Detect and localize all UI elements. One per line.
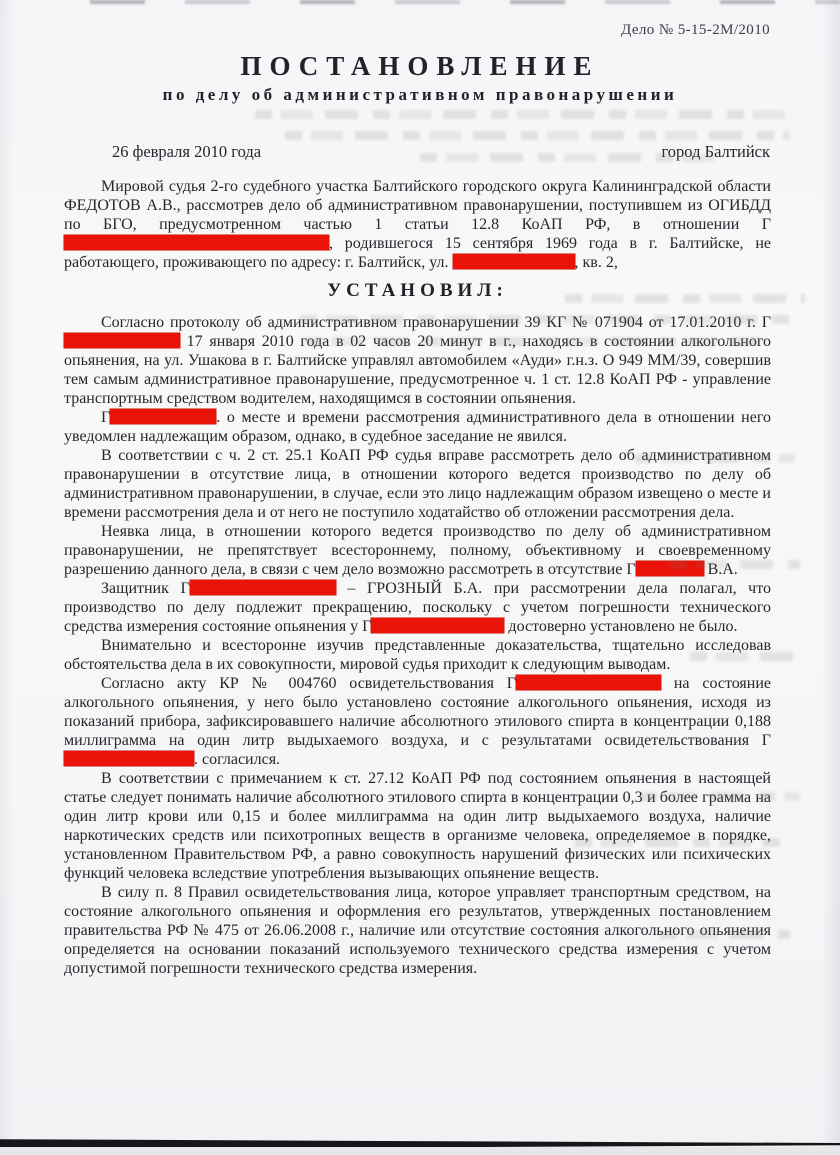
redaction-box — [453, 254, 575, 269]
redaction-box — [64, 235, 329, 250]
bleedthrough-artifact — [640, 792, 800, 801]
bleedthrough-artifact — [635, 454, 795, 463]
bleedthrough-artifact — [565, 294, 805, 303]
paragraph-judge-intro: Мировой судья 2-го судебного участка Бал… — [64, 177, 771, 272]
bleedthrough-artifact — [300, 315, 795, 324]
scan-top-edge-artifact — [90, 0, 840, 4]
redaction-box — [516, 675, 661, 690]
paragraph-conclusions-intro: Внимательно и всесторонне изучив предста… — [64, 636, 771, 674]
paragraph-defender: Защитник Г – ГРОЗНЫЙ Б.А. при рассмотрен… — [64, 579, 771, 636]
paragraph-absence: Неявка лица, в отношении которого ведетс… — [64, 522, 771, 579]
bleedthrough-artifact — [285, 131, 790, 140]
bleedthrough-artifact — [255, 110, 790, 119]
paragraph-art-27-12-note: В соответствии с примечанием к ст. 27.12… — [64, 769, 771, 883]
bleedthrough-artifact — [575, 838, 780, 847]
scanned-document-page: Дело № 5-15-2М/2010 ПОСТАНОВЛЕНИЕ по дел… — [0, 0, 840, 1155]
paragraph-notification: Г. о месте и времени рассмотрения админи… — [64, 408, 771, 446]
bleedthrough-artifact — [420, 153, 715, 162]
redaction-box — [64, 751, 194, 766]
case-number: Дело № 5-15-2М/2010 — [0, 0, 840, 39]
paragraph-protocol: Согласно протоколу об административном п… — [64, 313, 771, 408]
bleedthrough-artifact — [305, 337, 760, 346]
bleedthrough-artifact — [660, 930, 790, 939]
document-title: ПОСТАНОВЛЕНИЕ — [0, 51, 840, 82]
redaction-box — [190, 580, 336, 595]
bleedthrough-artifact — [670, 560, 800, 569]
paragraph-examination-act: Согласно акту КР № 004760 освидетельство… — [64, 674, 771, 769]
redaction-box — [110, 409, 216, 424]
redaction-box — [371, 618, 504, 633]
scan-bottom-strip — [0, 1147, 840, 1155]
redaction-box — [64, 333, 180, 348]
document-date: 26 февраля 2010 года — [112, 142, 261, 162]
bleedthrough-artifact — [690, 652, 800, 661]
document-subtitle: по делу об административном правонарушен… — [0, 85, 840, 105]
